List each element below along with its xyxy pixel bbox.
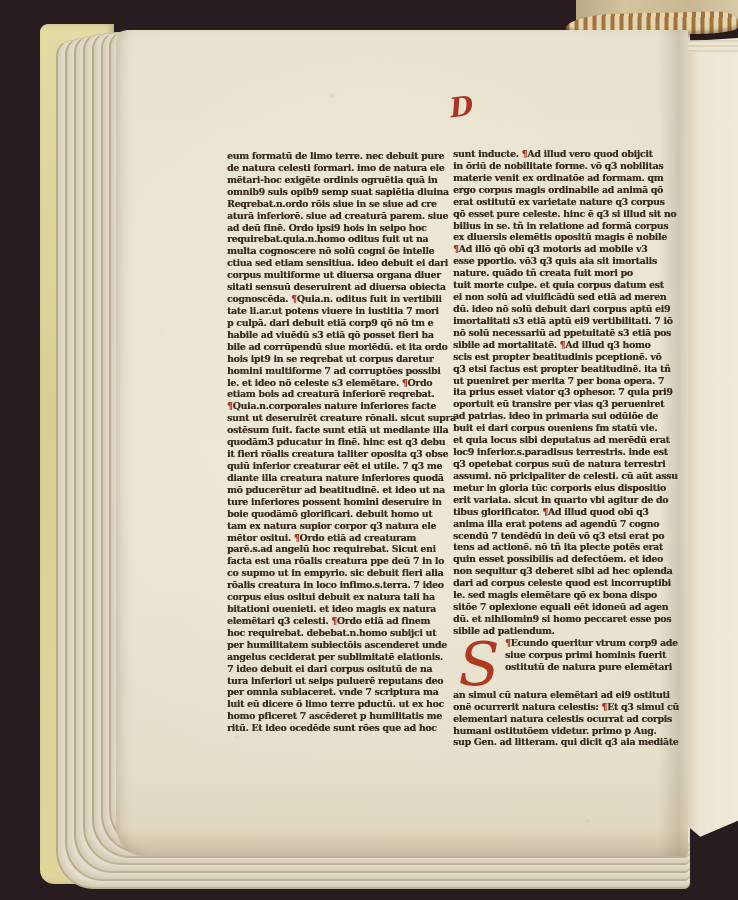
text-line: bile ad corrūpendū siue moriēdū. et ita … xyxy=(227,342,453,354)
text-beside-initial: ¶Ecundo queritur vtrum corp9 adesiue cor… xyxy=(505,638,679,690)
text-line: an simul cū natura elemētari ad ei9 osti… xyxy=(453,690,679,702)
text-line: etiam bois ad creaturā inferiorē reqreba… xyxy=(227,389,453,401)
text-line: sup Gen. ad litteram. qui dicit q3 aia m… xyxy=(453,737,679,749)
text-line: tate li.ar.ut potens viuere in iustitia … xyxy=(227,306,453,318)
text-line: sunt ut deseruirēt creature rōnali. sicu… xyxy=(227,413,453,425)
text-line: erat ostitutū ex varietate nature q3 cor… xyxy=(453,197,679,209)
text-line: et quia locus sibi deputatus ad merēdū e… xyxy=(453,435,679,447)
text-line: de natura celesti formari. imo de natura… xyxy=(227,163,453,175)
text-line: bilius in se. tñ in relatione ad formā c… xyxy=(453,221,679,233)
text-line: corpus eius ositui debuit ex natura tali… xyxy=(227,592,453,604)
text-line: ritū. Et ideo ocedēde sunt rōes que ad h… xyxy=(227,723,453,735)
text-block-bottom: an simul cū natura elemētari ad ei9 osti… xyxy=(453,690,679,750)
text-line: tibus glorificator. ¶Ad illud quod obī q… xyxy=(453,507,679,519)
text-line: quodām3 pducatur in finē. hinc est q3 de… xyxy=(227,437,453,449)
text-line: materie venit ex ordinatōe ad formam. qm xyxy=(453,173,679,185)
text-line: rōalis creatura in loco infimo.s.terra. … xyxy=(227,580,453,592)
text-line: dū. ideo nō solū debuit dari corpus aptū… xyxy=(453,304,679,316)
text-line: oportuit eū transire per vias q3 perueni… xyxy=(453,399,679,411)
text-column-right: sunt inducte. ¶Ad illud vero quod obijci… xyxy=(453,149,679,749)
photo-background: D eum formatū de limo terre. nec debuit … xyxy=(0,0,738,900)
text-line: hoc requirebat. debebat.n.homo subijci u… xyxy=(227,628,453,640)
text-line: corpus multiforme ut diuersa organa diue… xyxy=(227,270,453,282)
text-line: co supmo ut in empyrio. sic debuit fieri… xyxy=(227,568,453,580)
text-line: loc9 inferior.s.paradisus terrestris. in… xyxy=(453,447,679,459)
text-line: siue corpus primi hominis fuerit xyxy=(505,650,679,662)
text-line: homo pficeret 7 ascēderet p humilitatis … xyxy=(227,711,453,723)
text-line: ¶Quia.n.corporales nature inferiores fac… xyxy=(227,401,453,413)
text-line: tens ad actionē. nō tñ ita plecte potēs … xyxy=(453,542,679,554)
text-line: per omnia subiaceret. vnde 7 scriptura m… xyxy=(227,687,453,699)
text-line: angelus ceciderat per sublimitatē elatio… xyxy=(227,652,453,664)
text-line: multa cognoscere nō solū cogni ōe intell… xyxy=(227,246,453,258)
text-block-top: sunt inducte. ¶Ad illud vero quod obijci… xyxy=(453,149,679,638)
text-line: in ōriū de nobilitate forme. vō q3 nobil… xyxy=(453,161,679,173)
text-line: dū. et nihilomin9 si homo peccaret esse … xyxy=(453,614,679,626)
text-line: ostitutū de natura pure elemētari xyxy=(505,662,679,674)
text-line: 7 ideo debuit ei dari corpus ositutū de … xyxy=(227,664,453,676)
text-line: ad deū finē. Ordo ipsi9 hois in seipo ho… xyxy=(227,223,453,235)
page-bottom-shadow xyxy=(116,830,688,856)
text-line: le. et ideo nō celeste s3 elemētare. ¶Or… xyxy=(227,378,453,390)
text-line: boie quodāmō glorificari. debuit homo ut xyxy=(227,509,453,521)
text-line: ita prius esset viator q3 ophesor. 7 qui… xyxy=(453,387,679,399)
text-line: ostēsum fuit. facte sunt etiā ut mediant… xyxy=(227,425,453,437)
text-line: requirebat.quia.n.homo oditus fuit ut na xyxy=(227,234,453,246)
text-line: quiū inferior creaturar eēt ei utile. 7 … xyxy=(227,461,453,473)
text-line: scendū 7 tendēdū in deū vō q3 etsi erat … xyxy=(453,531,679,543)
text-line: aturā inferiorē. siue ad creaturā parem.… xyxy=(227,211,453,223)
text-line: sitōe 7 oplexione equali eēt idoneū ad a… xyxy=(453,602,679,614)
text-line: Reqrebat.n.ordo rōis siue in se siue ad … xyxy=(227,199,453,211)
text-line: metur in gloria tūc corporis eius dispos… xyxy=(453,483,679,495)
text-line: qō esset pure celeste. hinc ē q3 si illu… xyxy=(453,209,679,221)
text-line: nature. quādo tñ creata fuit mori po xyxy=(453,268,679,280)
text-line: sunt inducte. ¶Ad illud vero quod obijci… xyxy=(453,149,679,161)
text-line: tuit morte culpe. et quia corpus datum e… xyxy=(453,280,679,292)
text-line: ¶Ad illō qō obī q3 motoris ad mobile v3 xyxy=(453,244,679,256)
foxing-spot xyxy=(236,736,239,738)
quire-letter-rubric: D xyxy=(448,91,475,125)
facing-page-edge xyxy=(687,38,738,840)
text-line: ex diuersis elemētis opositū magis ē nob… xyxy=(453,232,679,244)
text-line: buit ei dari corpus oueniens fm statū vi… xyxy=(453,423,679,435)
text-line: scis est propter beatitudinis pceptionē.… xyxy=(453,352,679,364)
text-line: it fieri rōalis creatura taliter oposita… xyxy=(227,449,453,461)
text-line: mō pducerētur ad beatitudinē. et ideo ut… xyxy=(227,485,453,497)
text-line: imortalitati s3 etiā aptū ei9 vertibilit… xyxy=(453,316,679,328)
text-line: le. sed magis elemētare qō ex bona dispo xyxy=(453,590,679,602)
text-line: parē.s.ad angelū hoc requirebat. Sicut e… xyxy=(227,544,453,556)
text-line: assumi. nō pricipaliter de celesti. cū a… xyxy=(453,471,679,483)
text-line: mētor ositui. ¶Ordo etiā ad creaturam xyxy=(227,533,453,545)
text-line: elemētari q3 celesti. ¶Ordo etiā ad fine… xyxy=(227,616,453,628)
text-line: tura inferiori ut seips puluerē reputans… xyxy=(227,676,453,688)
foxing-spot xyxy=(330,94,334,97)
text-line: q3 opetebat corpus suū de natura terrest… xyxy=(453,459,679,471)
text-line: erit variata. sicut in quarto vbi agitur… xyxy=(453,495,679,507)
foxing-spot xyxy=(586,820,589,823)
text-line: tam ex natura supior corpor q3 natura el… xyxy=(227,521,453,533)
text-line: homini multiforme 7 ad corruptōes possib… xyxy=(227,366,453,378)
text-line: elementari natura celestis ocurrat ad co… xyxy=(453,714,679,726)
text-line: habile ad viuēdū s3 etiā qō posset fieri… xyxy=(227,330,453,342)
manuscript-page: D eum formatū de limo terre. nec debuit … xyxy=(116,30,688,856)
lombard-initial-s: S xyxy=(453,638,505,690)
text-line: facta est una rōalis creatura ppe deū 7 … xyxy=(227,556,453,568)
text-line: p culpā. dari debuit etiā corp9 qō nō tm… xyxy=(227,318,453,330)
text-line: bitationi ouenieti. et ideo magis ex nat… xyxy=(227,604,453,616)
text-line: sitati sensuū deseruirent ad diuersa obi… xyxy=(227,282,453,294)
text-line: onē ocurrerit natura celestis: ¶Et q3 si… xyxy=(453,702,679,714)
text-line: dari ad corpus celeste quod est incorrup… xyxy=(453,578,679,590)
text-line: mētari-hoc exigēte ordinis ogruētia quā … xyxy=(227,175,453,187)
text-line: anima illa erat potens ad agendū 7 cogno xyxy=(453,519,679,531)
text-line: non sequitur q3 deberet sibi ad hec ople… xyxy=(453,566,679,578)
text-line: omnib9 suis opib9 semp suat sapiētia diu… xyxy=(227,187,453,199)
text-line: q3 etsi factus est propter beatitudinē. … xyxy=(453,364,679,376)
text-line: diante illa creatura nature inferiores q… xyxy=(227,473,453,485)
text-line: ad patrias. ideo in primaria sui odūiōe … xyxy=(453,411,679,423)
text-line: ¶Ecundo queritur vtrum corp9 ade xyxy=(505,638,679,650)
text-line: ctiua sed etiam sensitiua. ideo debuit e… xyxy=(227,258,453,270)
text-line: ut pueniret per merita 7 per bona opera.… xyxy=(453,376,679,388)
secundo-paragraph: S ¶Ecundo queritur vtrum corp9 adesiue c… xyxy=(453,638,679,690)
text-line: esse pportio. vō3 q3 quis aia sit imorta… xyxy=(453,256,679,268)
text-line: sibile ad mortalitatē. ¶Ad illud q3 homo xyxy=(453,340,679,352)
text-line: quin esset possibilis ad defectōem. et i… xyxy=(453,554,679,566)
text-line: humani ostitutōem videtur. primo p Aug. xyxy=(453,726,679,738)
text-line: ei non solū ad viuificādū sed etiā ad me… xyxy=(453,292,679,304)
text-line: ergo corpus magis ordinabile ad animā qō xyxy=(453,185,679,197)
text-column-left: eum formatū de limo terre. nec debuit pu… xyxy=(227,151,453,735)
text-line: cognoscēda. ¶Quia.n. oditus fuit in vert… xyxy=(227,294,453,306)
text-line: hois ipt9 in se reqrebat ut corpus daret… xyxy=(227,354,453,366)
text-line: luit eū dicere ō limo terre pductū. ut e… xyxy=(227,699,453,711)
text-line: eum formatū de limo terre. nec debuit pu… xyxy=(227,151,453,163)
text-line: ture inferiores possent homini deseruire… xyxy=(227,497,453,509)
text-line: nō solū necessariū ad ppetuitatē s3 etiā… xyxy=(453,328,679,340)
text-line: per humilitatem subiectōis ascenderet un… xyxy=(227,640,453,652)
